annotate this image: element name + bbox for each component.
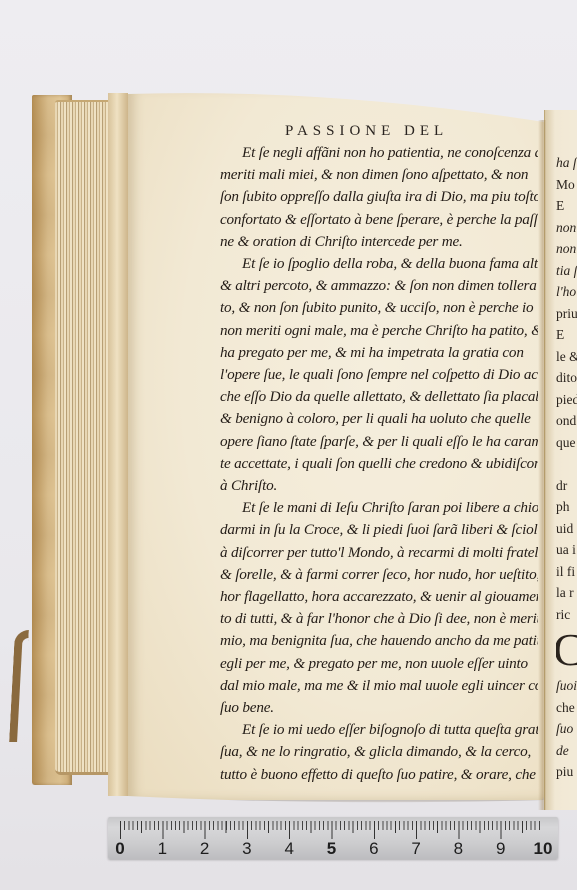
text-line: egli per me, & pregato per me, non uuole… [220,653,538,675]
facing-text-fragment: non l [556,238,577,260]
text-line: & altri percoto, & ammazzo: & ſon non di… [220,275,538,297]
text-line: ſon ſubito oppreſſo dalla giuſta ira di … [220,186,538,208]
facing-text-fragment: piu [556,761,577,783]
facing-text-fragment: le & [556,346,577,368]
text-line: ha pregato per me, & mi ha impetrata la … [220,342,538,364]
drop-capital: C [556,625,577,675]
text-line: à diſcorrer per tutto'l Mondo, à recarmi… [220,542,538,564]
facing-text-fragment: non [556,217,577,239]
text-line: Et ſe negli affãni non ho patientia, ne … [220,142,538,164]
text-line: hor flagellatto, hora accarezzato, & uen… [220,586,538,608]
facing-text-fragment: E [556,324,577,346]
facing-page-text: ha ſMoEnonnon ltia ſul'hopriuEle &ditopi… [556,152,577,783]
inner-page-edge [108,93,128,796]
text-line: Et ſe le mani di Ieſu Chriſto ſaran poi … [220,497,538,519]
text-line: che eſſo Dio da quelle allettato, & dell… [220,386,538,408]
text-line: meriti mali miei, & non dimen ſono aſpet… [220,164,538,186]
facing-text-fragment: ph [556,496,577,518]
text-line: ſua, & ne lo ringratio, & glicla dimando… [220,741,538,763]
facing-text-fragment: l'ho [556,281,577,303]
text-line: dal mio male, ma me & il mio mal uuole e… [220,675,538,697]
text-line: tutto è buono effetto di queſto ſuo pati… [220,764,538,786]
ruler-label: 5 [327,839,336,859]
text-line: à Chriſto. [220,475,538,497]
facing-text-fragment: che [556,697,577,719]
ruler-label: 10 [534,839,553,859]
ruler-label: 3 [242,839,251,859]
gutter-shadow [538,120,546,810]
text-line: mio, ma benignita ſua, che hauendo ancho… [220,630,538,652]
text-line: l'opere ſue, le quali ſono ſempre nel co… [220,364,538,386]
facing-text-fragment: il fi [556,561,577,583]
text-line: to, & non ſon ſubito punito, & ucciſo, n… [220,297,538,319]
text-line: non meriti ogni male, ma è perche Chriſt… [220,320,538,342]
facing-text-fragment: ha ſ [556,152,577,174]
facing-text-fragment: E [556,195,577,217]
text-line: te accettate, i quali ſon quelli che cre… [220,453,538,475]
ruler-label: 9 [496,839,505,859]
ruler-label: 4 [284,839,293,859]
ruler-label: 6 [369,839,378,859]
facing-text-fragment: ric [556,604,577,626]
facing-text-fragment: priu [556,303,577,325]
text-line: to di tutti, & à far l'honor che à Dio ſ… [220,608,538,630]
facing-text-fragment: Mo [556,174,577,196]
facing-text-fragment: ſuoi [556,675,577,697]
text-line: ne & oration di Chriſto intercede per me… [220,231,538,253]
facing-text-fragment: pied [556,389,577,411]
text-line: & benigno à coloro, per li quali ha uolu… [220,408,538,430]
ruler-label: 1 [158,839,167,859]
text-line: darmi in ſu la Croce, & li piedi ſuoi ſa… [220,519,538,541]
facing-text-fragment: la r [556,582,577,604]
text-line: opere ſiano ſtate ſparſe, & per li quali… [220,431,538,453]
facing-text-fragment: ua i [556,539,577,561]
text-line: ſuo bene. [220,697,538,719]
facing-text-fragment: dr [556,475,577,497]
facing-text-fragment [556,453,577,475]
text-line: confortato & eſſortato à bene ſperare, è… [220,209,538,231]
facing-text-fragment: de [556,740,577,762]
ruler-label: 7 [411,839,420,859]
ruler-cm-ticks [120,821,543,839]
facing-text-fragment: ſuo [556,718,577,740]
ruler-label: 8 [454,839,463,859]
facing-text-fragment: dito [556,367,577,389]
facing-text-fragment: tia ſu [556,260,577,282]
facing-text-fragment: que [556,432,577,454]
facing-text-fragment: uid [556,518,577,540]
main-text-block: Et ſe negli affãni non ho patientia, ne … [220,142,538,786]
running-head: PASSIONE DEL [285,123,448,140]
ruler-label: 2 [200,839,209,859]
scale-ruler: 012345678910 [108,817,558,859]
text-line: Et ſe io mi uedo eſſer biſognoſo di tutt… [220,719,538,741]
ruler-label: 0 [115,839,124,859]
text-line: & ſorelle, & à farmi correr ſeco, hor nu… [220,564,538,586]
text-line: Et ſe io ſpoglio della roba, & della buo… [220,253,538,275]
facing-text-fragment: ond [556,410,577,432]
